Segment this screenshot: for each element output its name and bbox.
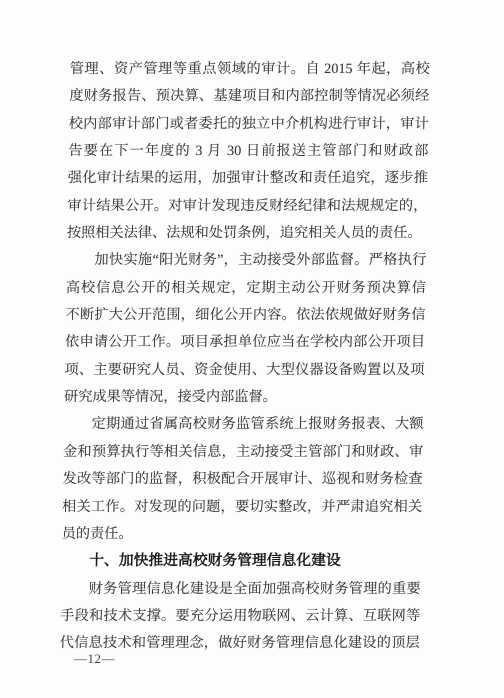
text-line: 研究成果等情况，接受内部监督。: [64, 384, 424, 411]
text-line: 定期通过省属高校财务监管系统上报财务报表、大额资: [63, 411, 423, 438]
text-line: 不断扩大公开范围，细化公开内容。依法依规做好财务信息: [65, 302, 425, 329]
text-line: 高校信息公开的相关规定，定期主动公开财务预决算信息，: [66, 275, 426, 302]
text-line: 金和预算执行等相关信息，主动接受主管部门和财政、审计、: [63, 439, 423, 466]
paragraph: 加快实施“阳光财务”，主动接受外部监督。严格执行高校信息公开的相关规定，定期主动…: [64, 247, 427, 411]
text-line: 依申请公开工作。项目承担单位应当在学校内部公开项目立: [65, 329, 425, 356]
text-line: 项、主要研究人员、资金使用、大型仪器设备购置以及项目: [64, 357, 424, 384]
text-line: 告要在下一年度的 3 月 30 日前报送主管部门和财政部门。: [68, 138, 428, 165]
text-line: 发改等部门的监督，积极配合开展审计、巡视和财务检查等: [62, 466, 422, 493]
text-line: 相关工作。对发现的问题，要切实整改，并严肃追究相关人: [62, 494, 422, 521]
section-heading-block: 十、加快推进高校财务管理信息化建设: [61, 548, 421, 575]
paragraph: 管理、资产管理等重点领域的审计。自 2015 年起，高校年度财务报告、预决算、基…: [67, 56, 430, 247]
page-number: —12—: [74, 651, 115, 666]
scanned-document-page: 管理、资产管理等重点领域的审计。自 2015 年起，高校年度财务报告、预决算、基…: [0, 0, 504, 698]
paragraph: 定期通过省属高校财务监管系统上报财务报表、大额资金和预算执行等相关信息，主动接受…: [61, 411, 423, 548]
text-line: 手段和技术支撑。要充分运用物联网、云计算、互联网等现: [60, 603, 420, 630]
paragraph: 财务管理信息化建设是全面加强高校财务管理的重要手段和技术支撑。要充分运用物联网、…: [59, 576, 420, 658]
section-heading: 十、加快推进高校财务管理信息化建设: [61, 548, 421, 575]
text-line: 审计结果公开。对审计发现违反财经纪律和法规规定的，应: [67, 193, 427, 220]
text-line: 强化审计结果的运用，加强审计整改和责任追究，逐步推进: [68, 165, 428, 192]
text-line: 财务管理信息化建设是全面加强高校财务管理的重要: [60, 576, 420, 603]
text-line: 校内部审计部门或者委托的独立中介机构进行审计，审计报: [69, 111, 429, 138]
text-line: 员的责任。: [61, 521, 421, 548]
text-line: 管理、资产管理等重点领域的审计。自 2015 年起，高校年: [70, 56, 430, 83]
text-line: 度财务报告、预决算、基建项目和内部控制等情况必须经高: [69, 83, 429, 110]
text-line: 加快实施“阳光财务”，主动接受外部监督。严格执行: [66, 247, 426, 274]
document-body: 管理、资产管理等重点领域的审计。自 2015 年起，高校年度财务报告、预决算、基…: [59, 56, 430, 658]
text-line: 按照相关法律、法规和处罚条例，追究相关人员的责任。: [67, 220, 427, 247]
